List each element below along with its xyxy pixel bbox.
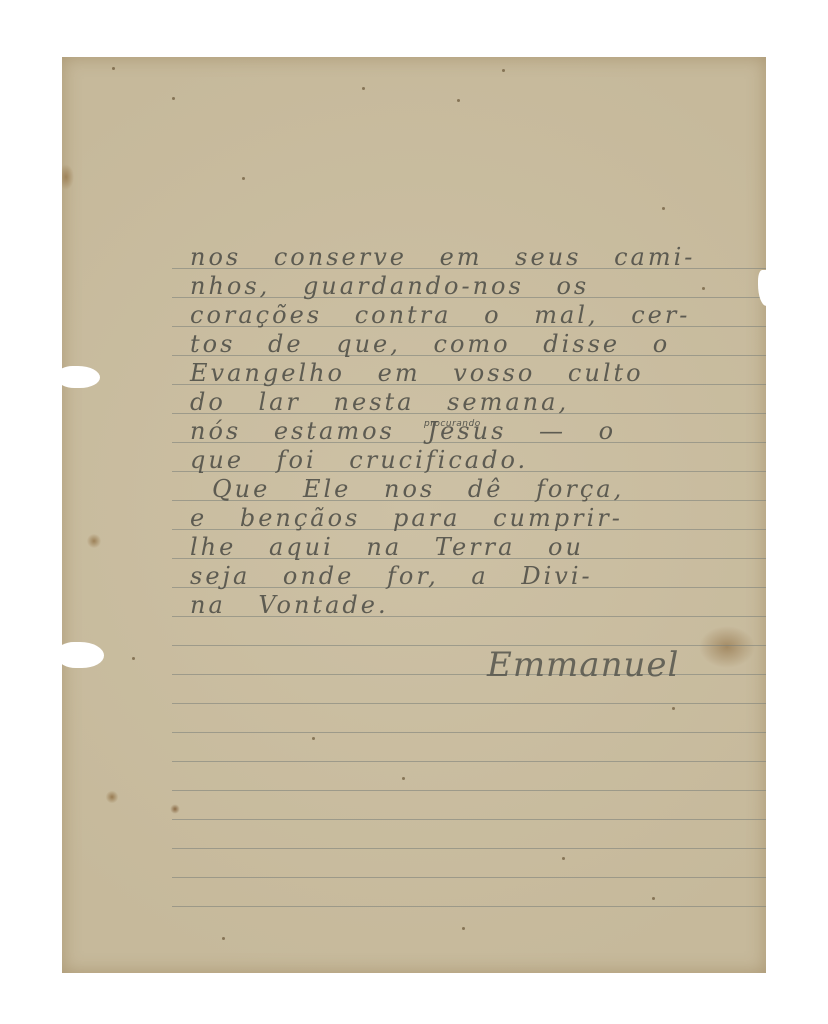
signature: Emmanuel xyxy=(487,645,679,685)
paper-tear xyxy=(758,270,772,306)
paper-tear xyxy=(58,366,100,388)
text-line: lhe aqui na Terra ou xyxy=(190,533,584,561)
text-line: Que Ele nos dê força, xyxy=(212,475,624,503)
text-line: nhos, guardando-nos os xyxy=(190,272,589,300)
text-line: corações contra o mal, cer- xyxy=(190,301,690,329)
letter-paper: nos conserve em seus cami- nhos, guardan… xyxy=(62,57,766,973)
handwritten-text: nos conserve em seus cami- nhos, guardan… xyxy=(62,57,766,973)
text-line: nós estamos Jesus — o xyxy=(190,417,616,445)
paper-tear xyxy=(58,642,104,668)
text-line: e bençãos para cumprir- xyxy=(190,504,623,532)
text-line: nos conserve em seus cami- xyxy=(190,243,695,271)
text-line: do lar nesta semana, xyxy=(190,388,569,416)
text-line: que foi crucificado. xyxy=(190,446,528,474)
insertion-annotation: procurando xyxy=(424,419,481,429)
text-line: seja onde for, a Divi- xyxy=(190,562,593,590)
text-line: na Vontade. xyxy=(190,591,389,619)
text-line: Evangelho em vosso culto xyxy=(190,359,644,387)
text-line: tos de que, como disse o xyxy=(190,330,670,358)
